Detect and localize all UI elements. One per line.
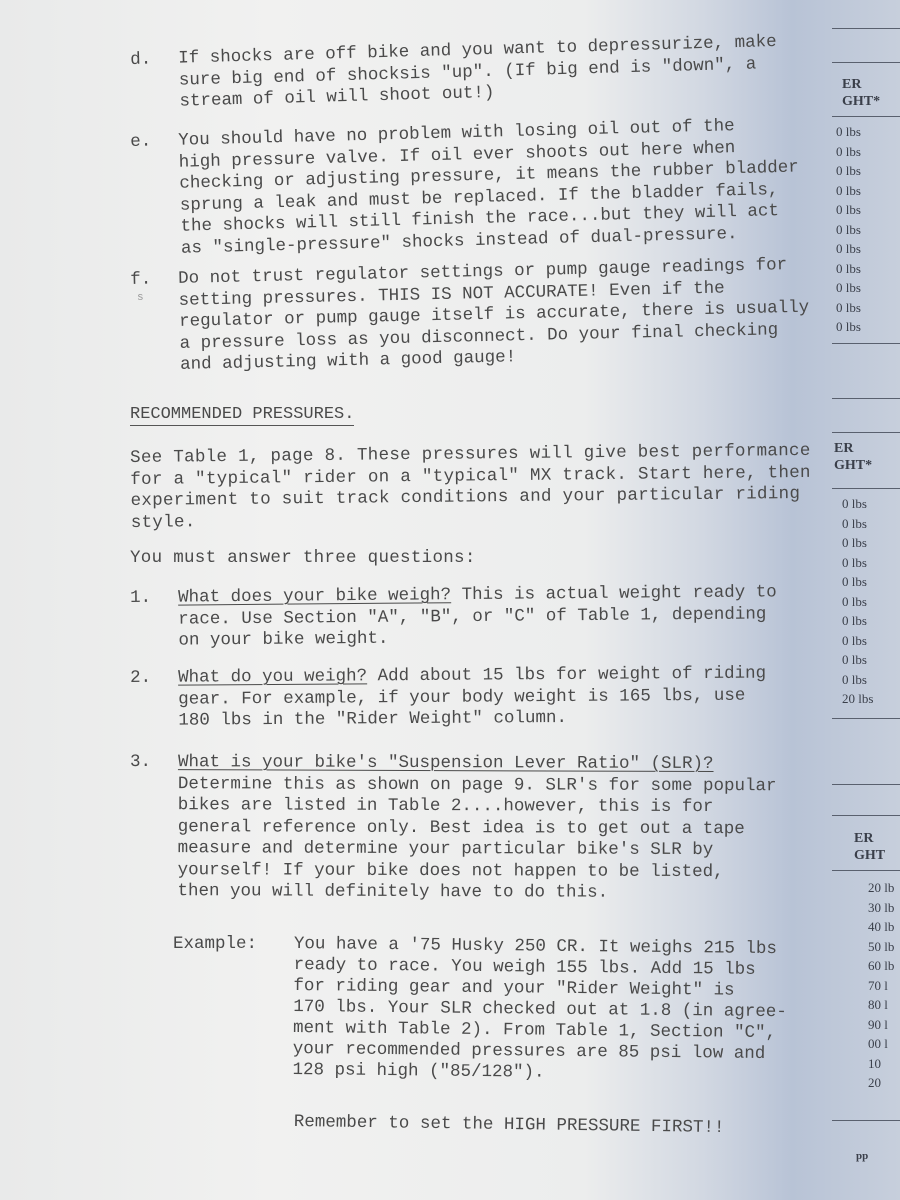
item-text: Do not trust regulator settings or pump … <box>178 254 840 376</box>
table-cell-fragment: 0 lbs <box>842 496 867 512</box>
table-header-fragment: ER GHT <box>854 830 885 864</box>
table-header-fragment: ER GHT* <box>842 76 880 110</box>
question-title: What does your bike weigh? <box>178 585 451 607</box>
item-text: You should have no problem with losing o… <box>178 113 841 259</box>
table-cell-fragment: 20 <box>868 1075 881 1091</box>
table-cell-fragment: 0 lbs <box>842 594 867 610</box>
table-cell-fragment: 0 lbs <box>842 516 867 532</box>
table-cell-fragment: 0 lbs <box>836 144 861 160</box>
table-cell-fragment: 00 l <box>868 1036 888 1052</box>
table-cell-fragment: 0 lbs <box>842 652 867 668</box>
question-detail: Determine this as shown on page 9. SLR's… <box>177 754 776 903</box>
table-cell-fragment: 40 lb <box>868 919 894 935</box>
document-page: d. If shocks are off bike and you want t… <box>0 0 900 1200</box>
table-cell-fragment: 20 lb <box>868 880 894 896</box>
table-cell-fragment: 50 lb <box>868 939 894 955</box>
table-cell-fragment: 30 lb <box>868 900 894 916</box>
section-heading: RECOMMENDED PRESSURES. <box>130 405 354 426</box>
table-cell-fragment: 70 l <box>868 978 888 994</box>
table-cell-fragment: 90 l <box>868 1017 888 1033</box>
question-title: What is your bike's "Suspension Lever Ra… <box>178 752 714 774</box>
example-text: You have a '75 Husky 250 CR. It weighs 2… <box>292 934 854 1087</box>
table-cell-fragment: 0 lbs <box>842 633 867 649</box>
table-cell-fragment: 0 lbs <box>842 613 867 629</box>
table-cell-fragment: 0 lbs <box>836 183 861 199</box>
table-cell-fragment: 0 lbs <box>842 555 867 571</box>
table-cell-fragment: 0 lbs <box>836 163 861 179</box>
question-number: 3. <box>130 752 170 774</box>
note-item-e: e. You should have no problem with losin… <box>130 114 820 132</box>
section-intro: See Table 1, page 8. These pressures wil… <box>130 441 831 534</box>
table-footer-fragment: pp <box>856 1148 868 1165</box>
question-number: 1. <box>130 588 170 610</box>
question-number: 2. <box>130 668 170 690</box>
item-text: If shocks are off bike and you want to d… <box>178 30 840 113</box>
table-cell-fragment: 80 l <box>868 997 888 1013</box>
table-cell-fragment: 0 lbs <box>842 535 867 551</box>
questions-prompt: You must answer three questions: <box>130 548 830 570</box>
table-cell-fragment: 0 lbs <box>836 280 861 296</box>
table-cell-fragment: 0 lbs <box>836 319 861 335</box>
table-cell-fragment: 0 lbs <box>842 672 867 688</box>
table-cell-fragment: 0 lbs <box>836 241 861 257</box>
question-2: 2. What do you weigh? Add about 15 lbs f… <box>130 663 820 668</box>
underlying-table-strip: ER GHT* 0 lbs0 lbs0 lbs0 lbs0 lbs0 lbs0 … <box>832 0 900 1200</box>
table-cell-fragment: 20 lbs <box>842 691 873 707</box>
question-1: 1. What does your bike weigh? This is ac… <box>130 582 820 588</box>
item-marker: d. <box>130 49 171 72</box>
question-title: What do you weigh? <box>178 666 367 687</box>
example-label: Example: <box>173 934 257 954</box>
table-cell-fragment: 0 lbs <box>836 300 861 316</box>
table-cell-fragment: 0 lbs <box>836 261 861 277</box>
note-item-d: d. If shocks are off bike and you want t… <box>130 31 820 50</box>
table-cell-fragment: 0 lbs <box>836 124 861 140</box>
item-marker: e. <box>130 131 171 154</box>
table-header-fragment: ER GHT* <box>834 440 872 474</box>
table-cell-fragment: 60 lb <box>868 958 894 974</box>
reminder-text: Remember to set the HIGH PRESSURE FIRST!… <box>294 1112 725 1138</box>
stray-mark: s <box>137 292 144 304</box>
table-cell-fragment: 0 lbs <box>842 574 867 590</box>
table-cell-fragment: 10 <box>868 1056 881 1072</box>
item-marker: f. <box>130 269 170 291</box>
question-3: 3. What is your bike's "Suspension Lever… <box>130 752 820 754</box>
table-cell-fragment: 0 lbs <box>836 222 861 238</box>
table-cell-fragment: 0 lbs <box>836 202 861 218</box>
